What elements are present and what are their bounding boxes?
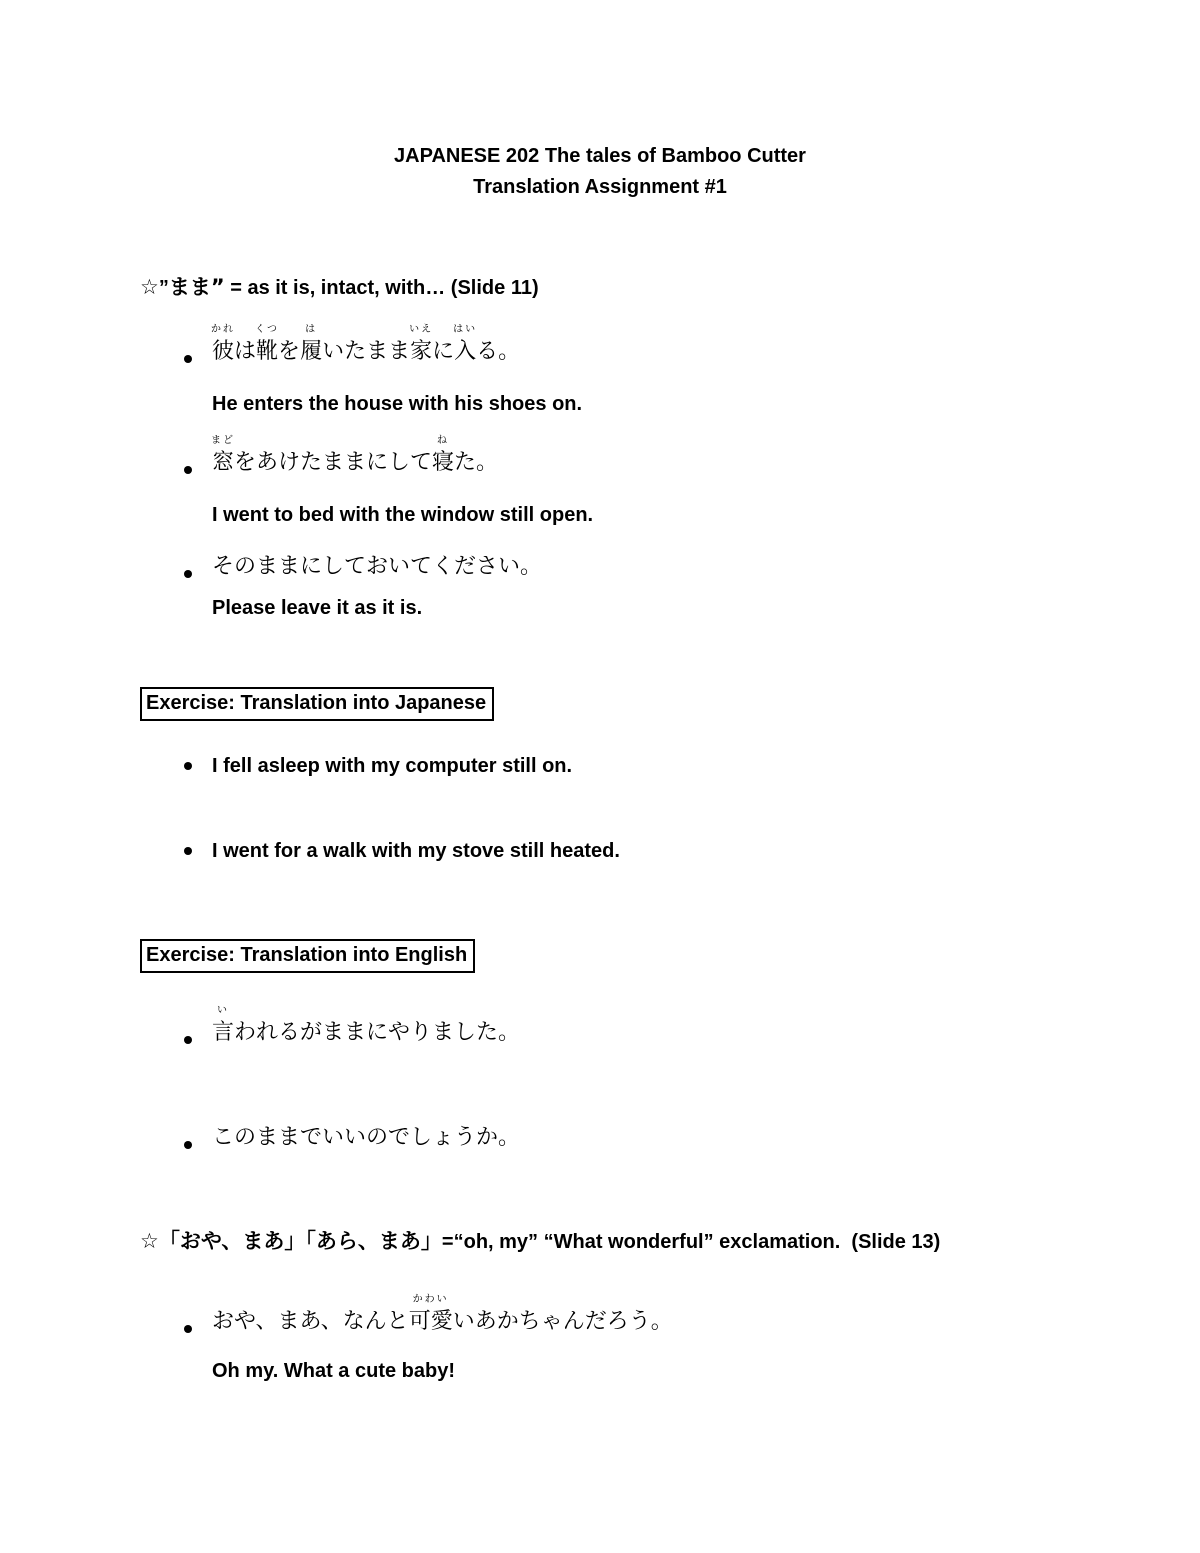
en-translation-row: Oh my. What a cute baby!: [140, 1359, 1100, 1383]
bullet-icon: [184, 847, 192, 855]
exercise-item-text: I went for a walk with my stove still he…: [212, 840, 620, 862]
exercise-item-row: I went for a walk with my stove still he…: [140, 839, 1100, 863]
jp-sentence-text: い言われるがままにやりました。: [212, 1020, 520, 1045]
heading-oya-definition: =“oh, my” “What wonderful” exclamation. …: [442, 1231, 940, 1253]
heading-oya-term: 「おや、まあ」「あら、まあ」: [159, 1229, 442, 1253]
jp-sentence-row: い言われるがままにやりました。: [140, 1004, 1100, 1048]
jp-sentence-text: そのままにしておいてください。: [212, 554, 542, 579]
jp-sentence-row: このままでいいのでしょうか。: [140, 1109, 1100, 1153]
exercise-item-row: I fell asleep with my computer still on.: [140, 754, 1100, 778]
bullet-icon: [184, 1325, 192, 1333]
heading-oya: ☆「おや、まあ」「あら、まあ」=“oh, my” “What wonderful…: [140, 1227, 1100, 1256]
en-translation-row: He enters the house with his shoes on.: [140, 392, 1100, 416]
en-translation-text: Oh my. What a cute baby!: [212, 1360, 455, 1382]
document-body: ☆”まま” = as it is, intact, with… (Slide 1…: [140, 273, 1100, 1383]
exercise-english-title-box: Exercise: Translation into English: [140, 939, 475, 973]
bullet-icon: [184, 570, 192, 578]
bullet-icon: [184, 762, 192, 770]
heading-mama-open-quote: ”: [159, 277, 169, 299]
document-page: JAPANESE 202 The tales of Bamboo Cutter …: [0, 0, 1200, 1553]
jp-sentence-row: おや、まあ、なんとかわい可愛いあかちゃんだろう。: [140, 1293, 1100, 1337]
en-translation-text: Please leave it as it is.: [212, 597, 422, 619]
jp-sentence-text: おや、まあ、なんとかわい可愛いあかちゃんだろう。: [212, 1309, 673, 1334]
title-line-1: JAPANESE 202 The tales of Bamboo Cutter: [0, 141, 1200, 172]
bullet-icon: [184, 466, 192, 474]
star-icon: ☆: [140, 275, 159, 299]
heading-mama: ☆”まま” = as it is, intact, with… (Slide 1…: [140, 273, 1100, 302]
heading-mama-term: まま”: [169, 275, 225, 299]
jp-sentence-text: このままでいいのでしょうか。: [212, 1125, 520, 1150]
document-title: JAPANESE 202 The tales of Bamboo Cutter …: [0, 0, 1200, 203]
en-translation-row: I went to bed with the window still open…: [140, 503, 1100, 527]
title-line-2: Translation Assignment #1: [0, 172, 1200, 203]
en-translation-text: I went to bed with the window still open…: [212, 504, 593, 526]
en-translation-row: Please leave it as it is.: [140, 596, 1100, 620]
heading-mama-definition: = as it is, intact, with… (Slide 11): [230, 277, 538, 299]
bullet-icon: [184, 1141, 192, 1149]
exercise-japanese-title-box: Exercise: Translation into Japanese: [140, 687, 494, 721]
jp-sentence-text: まど窓をあけたままにしてね寝た。: [212, 450, 498, 475]
jp-sentence-text: かれ彼はくつ靴をは履いたままいえ家にはい入る。: [212, 339, 520, 364]
en-translation-text: He enters the house with his shoes on.: [212, 393, 582, 415]
jp-sentence-row: まど窓をあけたままにしてね寝た。: [140, 434, 1100, 478]
bullet-icon: [184, 1036, 192, 1044]
jp-sentence-row: かれ彼はくつ靴をは履いたままいえ家にはい入る。: [140, 323, 1100, 367]
star-icon: ☆: [140, 1229, 159, 1253]
exercise-english-section: Exercise: Translation into English: [140, 939, 1100, 973]
bullet-icon: [184, 355, 192, 363]
exercise-japanese-section: Exercise: Translation into Japanese: [140, 687, 1100, 721]
jp-sentence-row: そのままにしておいてください。: [140, 538, 1100, 582]
exercise-item-text: I fell asleep with my computer still on.: [212, 755, 572, 777]
